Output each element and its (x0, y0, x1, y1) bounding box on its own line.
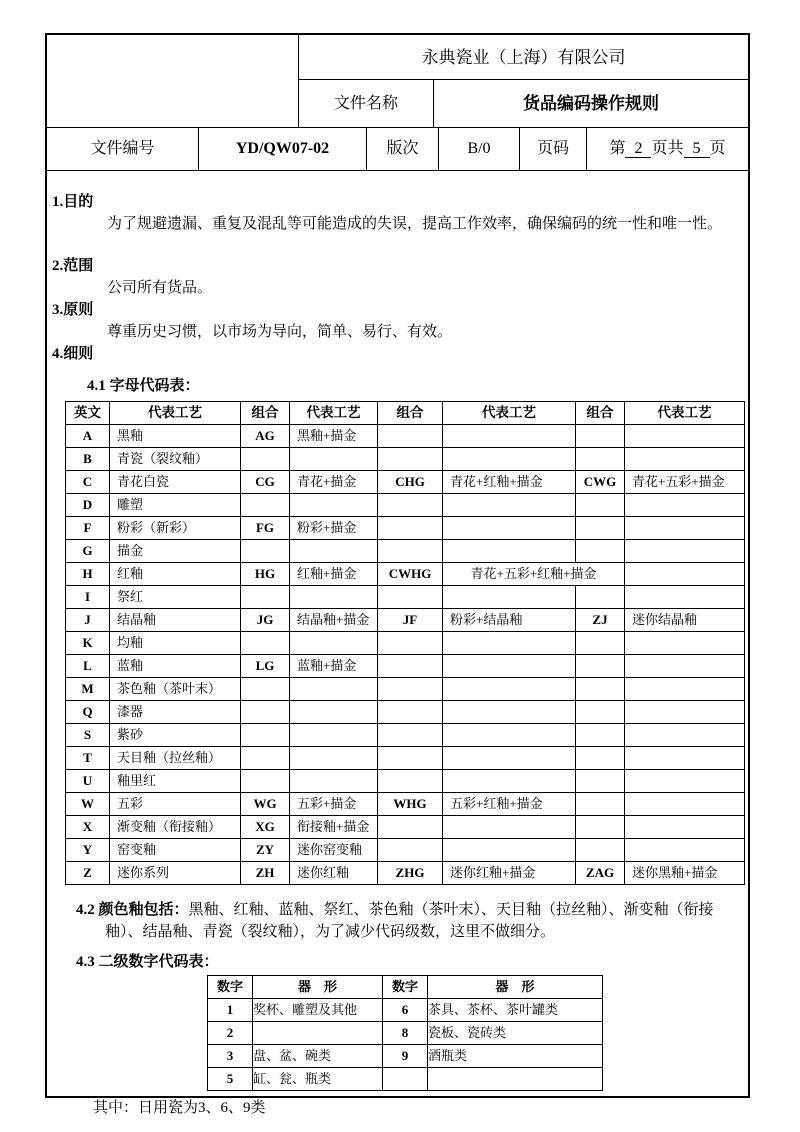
table-cell: 红釉+描金 (290, 563, 378, 586)
table-cell (378, 517, 443, 540)
table-cell (290, 724, 378, 747)
table-cell (576, 655, 625, 678)
column-header: 代表工艺 (625, 402, 745, 425)
table-cell (443, 678, 576, 701)
table-cell (241, 770, 290, 793)
section-1-title: 1.目的 (49, 191, 742, 213)
header-row: 英文代表工艺组合代表工艺组合代表工艺组合代表工艺 (66, 402, 745, 425)
table-cell (443, 425, 576, 448)
table-row: 3盘、盆、碗类9酒瓶类 (208, 1045, 603, 1068)
table-cell (625, 678, 745, 701)
table-cell (290, 632, 378, 655)
table-cell (576, 448, 625, 471)
column-header: 器 形 (428, 976, 603, 999)
table-cell (443, 839, 576, 862)
table-cell: Q (66, 701, 110, 724)
table-cell (576, 586, 625, 609)
column-header: 英文 (66, 402, 110, 425)
table-cell (576, 747, 625, 770)
table-row: W五彩WG五彩+描金WHG五彩+红釉+描金 (66, 793, 745, 816)
section-4-2: 4.2 颜色釉包括：黑釉、红釉、蓝釉、祭红、茶色釉（茶叶末）、天目釉（拉丝釉）、… (49, 899, 742, 943)
table-cell: 天目釉（拉丝釉） (110, 747, 241, 770)
table-cell (378, 724, 443, 747)
table-row: U釉里红 (66, 770, 745, 793)
table-cell: WG (241, 793, 290, 816)
table-cell (443, 586, 576, 609)
table-cell (290, 448, 378, 471)
table-cell: 2 (208, 1022, 253, 1045)
table-cell (241, 678, 290, 701)
table-row: A黑釉AG黑釉+描金 (66, 425, 745, 448)
table-cell (290, 747, 378, 770)
column-header: 数字 (383, 976, 428, 999)
table-cell: 青花+五彩+红釉+描金 (443, 563, 625, 586)
table-cell: 粉彩（新彩） (110, 517, 241, 540)
table-cell: 描金 (110, 540, 241, 563)
table-cell (241, 747, 290, 770)
table-cell: AG (241, 425, 290, 448)
table-cell: F (66, 517, 110, 540)
table-cell (576, 425, 625, 448)
table-cell (378, 816, 443, 839)
table-cell: 迷你黑釉+描金 (625, 862, 745, 885)
table-cell (241, 494, 290, 517)
table-cell (378, 839, 443, 862)
doc-title: 货品编码操作规则 (434, 80, 748, 127)
table-cell: 粉彩+结晶釉 (443, 609, 576, 632)
table-cell (443, 632, 576, 655)
table-cell: ZJ (576, 609, 625, 632)
table-cell: 缸、瓮、瓶类 (253, 1068, 383, 1091)
table-row: D雕塑 (66, 494, 745, 517)
table-cell (378, 701, 443, 724)
section-3-body: 尊重历史习惯，以市场为导向，简单、易行、有效。 (49, 321, 742, 343)
table-cell: XG (241, 816, 290, 839)
table-cell: Y (66, 839, 110, 862)
table-row: F粉彩（新彩）FG粉彩+描金 (66, 517, 745, 540)
table-cell (443, 655, 576, 678)
table-cell (290, 678, 378, 701)
table-cell (576, 816, 625, 839)
table-cell: 奖杯、雕塑及其他 (253, 999, 383, 1022)
table-cell: 1 (208, 999, 253, 1022)
column-header: 器 形 (253, 976, 383, 999)
table-cell: 8 (383, 1022, 428, 1045)
table-cell: 釉里红 (110, 770, 241, 793)
table-cell (443, 770, 576, 793)
page-value: 第2页共5页 (587, 128, 748, 170)
table-cell: 雕塑 (110, 494, 241, 517)
table-cell: 迷你红釉+描金 (443, 862, 576, 885)
table-cell (290, 494, 378, 517)
table-cell (443, 701, 576, 724)
page-frame: 永典瓷业（上海）有限公司 文件名称 货品编码操作规则 文件编号 YD/QW07-… (45, 33, 750, 1098)
table-cell: Z (66, 862, 110, 885)
table-row: 1奖杯、雕塑及其他6茶具、茶杯、茶叶罐类 (208, 999, 603, 1022)
table-cell (625, 494, 745, 517)
table-cell: J (66, 609, 110, 632)
table-cell: 迷你系列 (110, 862, 241, 885)
table-cell: L (66, 655, 110, 678)
column-header: 数字 (208, 976, 253, 999)
table-cell: 青花白瓷 (110, 471, 241, 494)
table-row: B青瓷（裂纹釉） (66, 448, 745, 471)
table-cell: 紫砂 (110, 724, 241, 747)
table-cell: 结晶釉+描金 (290, 609, 378, 632)
table-cell (378, 586, 443, 609)
table-cell: JF (378, 609, 443, 632)
table-cell (576, 701, 625, 724)
table-cell: ZAG (576, 862, 625, 885)
table-cell: 蓝釉 (110, 655, 241, 678)
table-cell: C (66, 471, 110, 494)
table-row: 28瓷板、瓷砖类 (208, 1022, 603, 1045)
table-cell: 茶色釉（茶叶末） (110, 678, 241, 701)
table-cell (625, 540, 745, 563)
digit-code-table: 数字器 形数字器 形 1奖杯、雕塑及其他6茶具、茶杯、茶叶罐类28瓷板、瓷砖类3… (207, 975, 603, 1091)
table-cell (625, 586, 745, 609)
table-cell: T (66, 747, 110, 770)
table-cell: X (66, 816, 110, 839)
doc-meta-row: 文件编号 YD/QW07-02 版次 B/0 页码 第2页共5页 (47, 127, 748, 170)
table-row: L蓝釉LG蓝釉+描金 (66, 655, 745, 678)
table-row: Y窑变釉ZY迷你窑变釉 (66, 839, 745, 862)
table-row: T天目釉（拉丝釉） (66, 747, 745, 770)
table-row: X渐变釉（衔接釉）XG衔接釉+描金 (66, 816, 745, 839)
table-cell: 黑釉+描金 (290, 425, 378, 448)
table-cell: 茶具、茶杯、茶叶罐类 (428, 999, 603, 1022)
table-cell: 盘、盆、碗类 (253, 1045, 383, 1068)
column-header: 代表工艺 (110, 402, 241, 425)
table-cell (625, 747, 745, 770)
note-line: 其中：日用瓷为3、6、9类 (49, 1097, 742, 1119)
page-current: 2 (625, 140, 651, 158)
section-4-3-title: 4.3 二级数字代码表： (49, 951, 742, 973)
table-row: S紫砂 (66, 724, 745, 747)
section-4-2-label: 4.2 颜色釉包括： (76, 902, 189, 918)
table-cell (576, 839, 625, 862)
doc-no-label: 文件编号 (47, 128, 199, 170)
table-cell: D (66, 494, 110, 517)
table-cell: I (66, 586, 110, 609)
table-cell: 五彩 (110, 793, 241, 816)
table-cell: HG (241, 563, 290, 586)
logo-cell (47, 35, 299, 127)
letter-code-table: 英文代表工艺组合代表工艺组合代表工艺组合代表工艺 A黑釉AG黑釉+描金B青瓷（裂… (65, 401, 745, 885)
table-cell: 红釉 (110, 563, 241, 586)
table-cell: A (66, 425, 110, 448)
table-cell (378, 494, 443, 517)
header-table: 永典瓷业（上海）有限公司 文件名称 货品编码操作规则 文件编号 YD/QW07-… (47, 35, 748, 171)
doc-name-label: 文件名称 (299, 80, 434, 127)
table-cell (443, 448, 576, 471)
table-cell (576, 517, 625, 540)
table-cell: G (66, 540, 110, 563)
table-cell (428, 1068, 603, 1091)
table-cell: 青花+红釉+描金 (443, 471, 576, 494)
table-cell: ZY (241, 839, 290, 862)
table-cell (253, 1022, 383, 1045)
table-cell (576, 678, 625, 701)
table-cell: JG (241, 609, 290, 632)
table-cell: H (66, 563, 110, 586)
table-cell (443, 816, 576, 839)
table-cell: 酒瓶类 (428, 1045, 603, 1068)
table-cell (383, 1068, 428, 1091)
table-cell: 青花+描金 (290, 471, 378, 494)
table-cell: 渐变釉（衔接釉） (110, 816, 241, 839)
table-row: Q漆器 (66, 701, 745, 724)
company-name: 永典瓷业（上海）有限公司 (299, 35, 748, 80)
table-row: K均釉 (66, 632, 745, 655)
table-cell (241, 724, 290, 747)
table-cell (576, 494, 625, 517)
table-cell (625, 563, 745, 586)
section-1-body: 为了规避遗漏、重复及混乱等可能造成的失误，提高工作效率，确保编码的统一性和唯一性… (49, 213, 742, 235)
table-cell (378, 425, 443, 448)
table-cell (241, 540, 290, 563)
table-cell: 衔接釉+描金 (290, 816, 378, 839)
table-cell: M (66, 678, 110, 701)
table-row: Z迷你系列ZH迷你红釉ZHG迷你红釉+描金ZAG迷你黑釉+描金 (66, 862, 745, 885)
table-cell: W (66, 793, 110, 816)
table-cell: 青花+五彩+描金 (625, 471, 745, 494)
table-cell (625, 793, 745, 816)
table-cell (576, 724, 625, 747)
table-cell (443, 517, 576, 540)
table-cell: K (66, 632, 110, 655)
table-cell: 蓝釉+描金 (290, 655, 378, 678)
table-cell (290, 586, 378, 609)
page-suffix: 页 (710, 140, 726, 157)
table-cell: CWHG (378, 563, 443, 586)
table-cell: ZHG (378, 862, 443, 885)
table-cell: 迷你红釉 (290, 862, 378, 885)
section-4-title: 4.细则 (49, 343, 742, 365)
table-row: G描金 (66, 540, 745, 563)
table-cell (378, 655, 443, 678)
column-header: 组合 (576, 402, 625, 425)
table-cell (625, 655, 745, 678)
section-2-title: 2.范围 (49, 255, 742, 277)
table-cell (576, 540, 625, 563)
table-cell: 窑变釉 (110, 839, 241, 862)
version-value: B/0 (439, 128, 520, 170)
table-cell (290, 540, 378, 563)
table-row: M茶色釉（茶叶末） (66, 678, 745, 701)
table-cell (576, 770, 625, 793)
table-cell (241, 448, 290, 471)
table-cell (625, 701, 745, 724)
table-row: J结晶釉JG结晶釉+描金JF粉彩+结晶釉ZJ迷你结晶釉 (66, 609, 745, 632)
table-cell (443, 494, 576, 517)
table-cell: U (66, 770, 110, 793)
column-header: 代表工艺 (443, 402, 576, 425)
column-header: 组合 (378, 402, 443, 425)
table-cell: 五彩+红釉+描金 (443, 793, 576, 816)
page-prefix: 第 (609, 140, 625, 157)
table-cell (625, 839, 745, 862)
section-3-title: 3.原则 (49, 299, 742, 321)
header-row: 数字器 形数字器 形 (208, 976, 603, 999)
table-cell: 漆器 (110, 701, 241, 724)
table-cell: LG (241, 655, 290, 678)
table-cell: 结晶釉 (110, 609, 241, 632)
table-cell: 5 (208, 1068, 253, 1091)
section-4-2-body: 黑釉、红釉、蓝釉、祭红、茶色釉（茶叶末）、天目釉（拉丝釉）、渐变釉（衔接釉）、结… (105, 902, 714, 940)
table-cell (625, 448, 745, 471)
doc-no-value: YD/QW07-02 (199, 128, 367, 170)
table-cell: 3 (208, 1045, 253, 1068)
table-cell (625, 632, 745, 655)
table-cell (576, 793, 625, 816)
table-cell: 祭红 (110, 586, 241, 609)
page-total: 5 (684, 140, 710, 158)
document-body: 1.目的 为了规避遗漏、重复及混乱等可能造成的失误，提高工作效率，确保编码的统一… (47, 171, 748, 1119)
table-cell: 迷你窑变釉 (290, 839, 378, 862)
table-cell: 迷你结晶釉 (625, 609, 745, 632)
table-cell: 6 (383, 999, 428, 1022)
table-cell: 青瓷（裂纹釉） (110, 448, 241, 471)
table-cell (576, 632, 625, 655)
table-cell (625, 517, 745, 540)
table-row: C青花白瓷CG青花+描金CHG青花+红釉+描金CWG青花+五彩+描金 (66, 471, 745, 494)
table-cell (443, 747, 576, 770)
table-cell (378, 540, 443, 563)
table-cell: 9 (383, 1045, 428, 1068)
table-cell (443, 724, 576, 747)
table-cell (625, 425, 745, 448)
table-cell: 均釉 (110, 632, 241, 655)
table-cell: S (66, 724, 110, 747)
table-cell: CWG (576, 471, 625, 494)
table-cell (378, 747, 443, 770)
table-cell (241, 586, 290, 609)
table-cell: 五彩+描金 (290, 793, 378, 816)
table-cell (378, 448, 443, 471)
table-cell (378, 678, 443, 701)
page-label: 页码 (520, 128, 587, 170)
column-header: 组合 (241, 402, 290, 425)
table-cell (443, 540, 576, 563)
table-row: I祭红 (66, 586, 745, 609)
table-cell (625, 770, 745, 793)
table-cell (290, 701, 378, 724)
column-header: 代表工艺 (290, 402, 378, 425)
table-cell (625, 724, 745, 747)
table-cell: ZH (241, 862, 290, 885)
table-cell: CG (241, 471, 290, 494)
page-mid: 页共 (651, 140, 683, 157)
table-row: H红釉HG红釉+描金CWHG青花+五彩+红釉+描金 (66, 563, 745, 586)
table-row: 5缸、瓮、瓶类 (208, 1068, 603, 1091)
table-cell: 黑釉 (110, 425, 241, 448)
table-cell: 瓷板、瓷砖类 (428, 1022, 603, 1045)
table-cell (241, 701, 290, 724)
table-cell (290, 770, 378, 793)
table-cell: 粉彩+描金 (290, 517, 378, 540)
table-cell: FG (241, 517, 290, 540)
version-label: 版次 (367, 128, 439, 170)
table-cell (378, 632, 443, 655)
table-cell: WHG (378, 793, 443, 816)
table-cell (241, 632, 290, 655)
table-cell (625, 816, 745, 839)
section-4-1-title: 4.1 字母代码表： (49, 375, 742, 397)
table-cell: CHG (378, 471, 443, 494)
table-cell (378, 770, 443, 793)
table-cell: B (66, 448, 110, 471)
section-2-body: 公司所有货品。 (49, 277, 742, 299)
